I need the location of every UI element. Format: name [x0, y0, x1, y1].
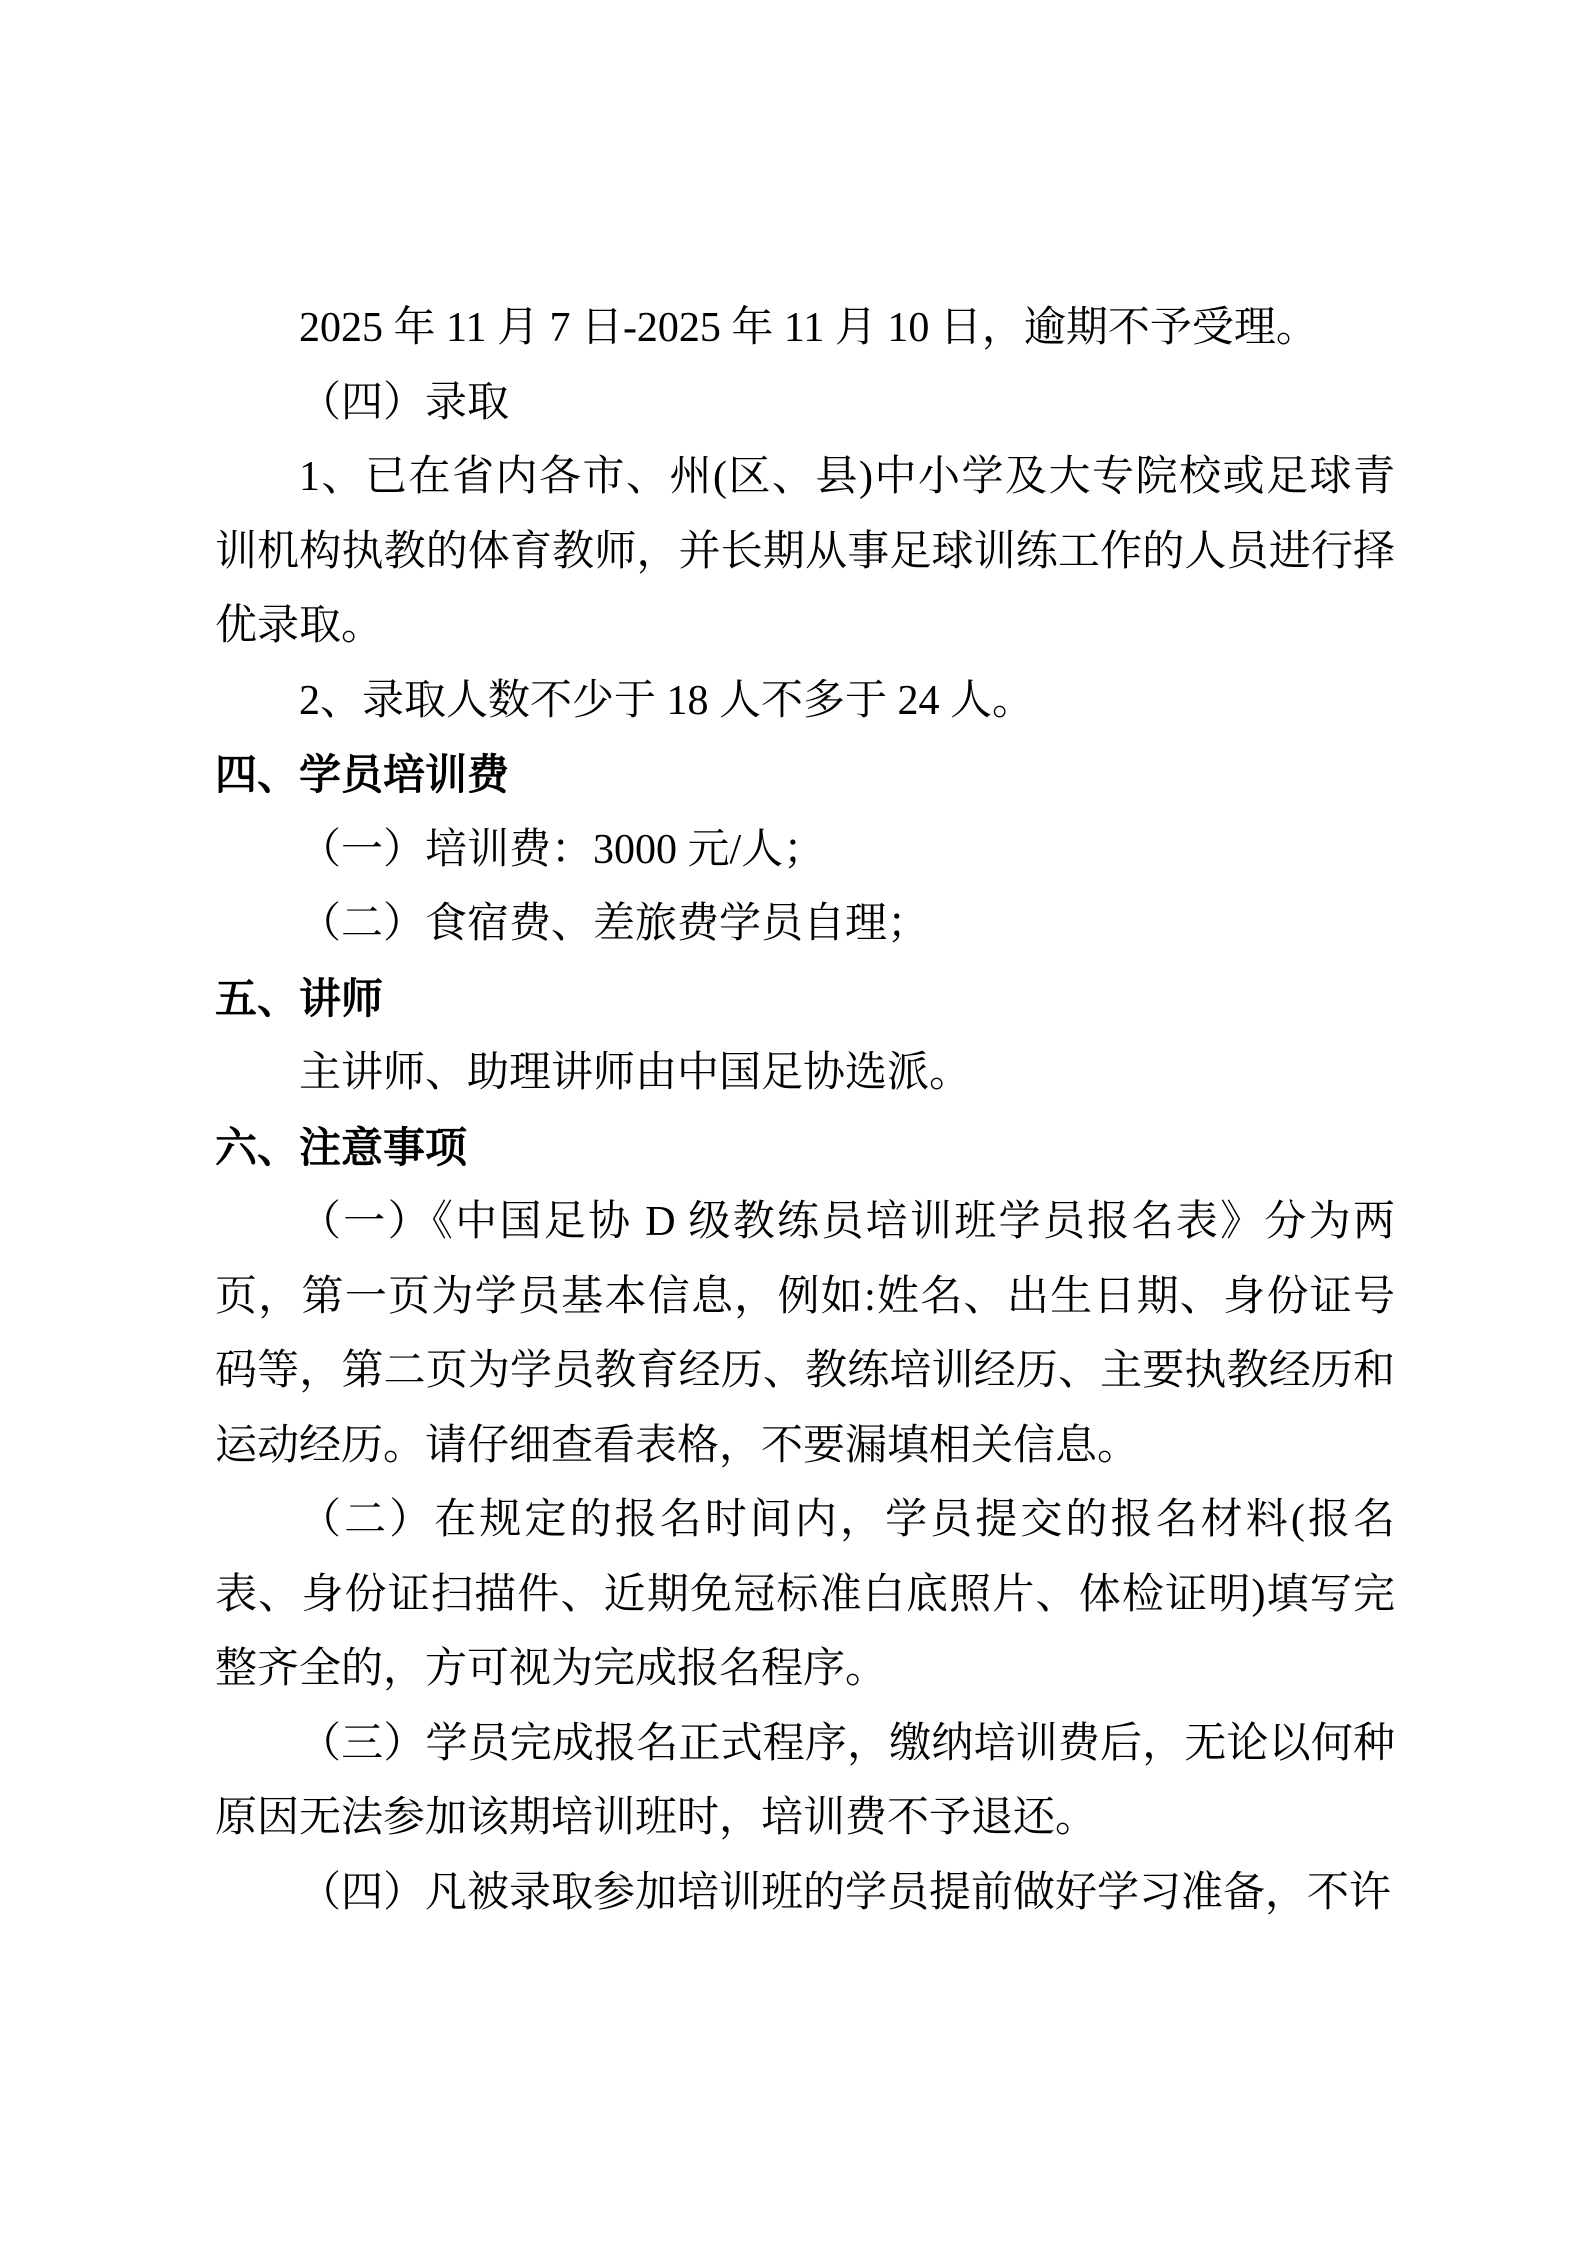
paragraph-admission-criteria: 1、已在省内各市、州(区、县)中小学及大专院校或足球青训机构执教的体育教师，并长… — [215, 440, 1395, 664]
paragraph-admission-quota: 2、录取人数不少于 18 人不多于 24 人。 — [215, 664, 1395, 739]
heading-training-fee: 四、学员培训费 — [215, 738, 1395, 813]
heading-notes: 六、注意事项 — [215, 1111, 1395, 1186]
paragraph-training-fee-amount: （一）培训费：3000 元/人； — [215, 813, 1395, 888]
paragraph-lecturer-assignment: 主讲师、助理讲师由中国足协选派。 — [215, 1036, 1395, 1111]
paragraph-board-travel-expense: （二）食宿费、差旅费学员自理； — [215, 887, 1395, 962]
heading-lecturers: 五、讲师 — [215, 962, 1395, 1037]
paragraph-admission-label: （四）录取 — [215, 366, 1395, 441]
paragraph-registration-deadline: 2025 年 11 月 7 日-2025 年 11 月 10 日，逾期不予受理。 — [215, 291, 1395, 366]
document-page: 2025 年 11 月 7 日-2025 年 11 月 10 日，逾期不予受理。… — [0, 0, 1587, 2245]
paragraph-note-3-no-refund: （三）学员完成报名正式程序，缴纳培训费后，无论以何种原因无法参加该期培训班时，培… — [215, 1707, 1395, 1856]
paragraph-note-2-materials: （二）在规定的报名时间内，学员提交的报名材料(报名表、身份证扫描件、近期免冠标准… — [215, 1483, 1395, 1707]
paragraph-note-4-preparation: （四）凡被录取参加培训班的学员提前做好学习准备，不许 — [215, 1856, 1395, 1931]
paragraph-note-1-registration-form: （一）《中国足协 D 级教练员培训班学员报名表》分为两页，第一页为学员基本信息，… — [215, 1185, 1395, 1483]
